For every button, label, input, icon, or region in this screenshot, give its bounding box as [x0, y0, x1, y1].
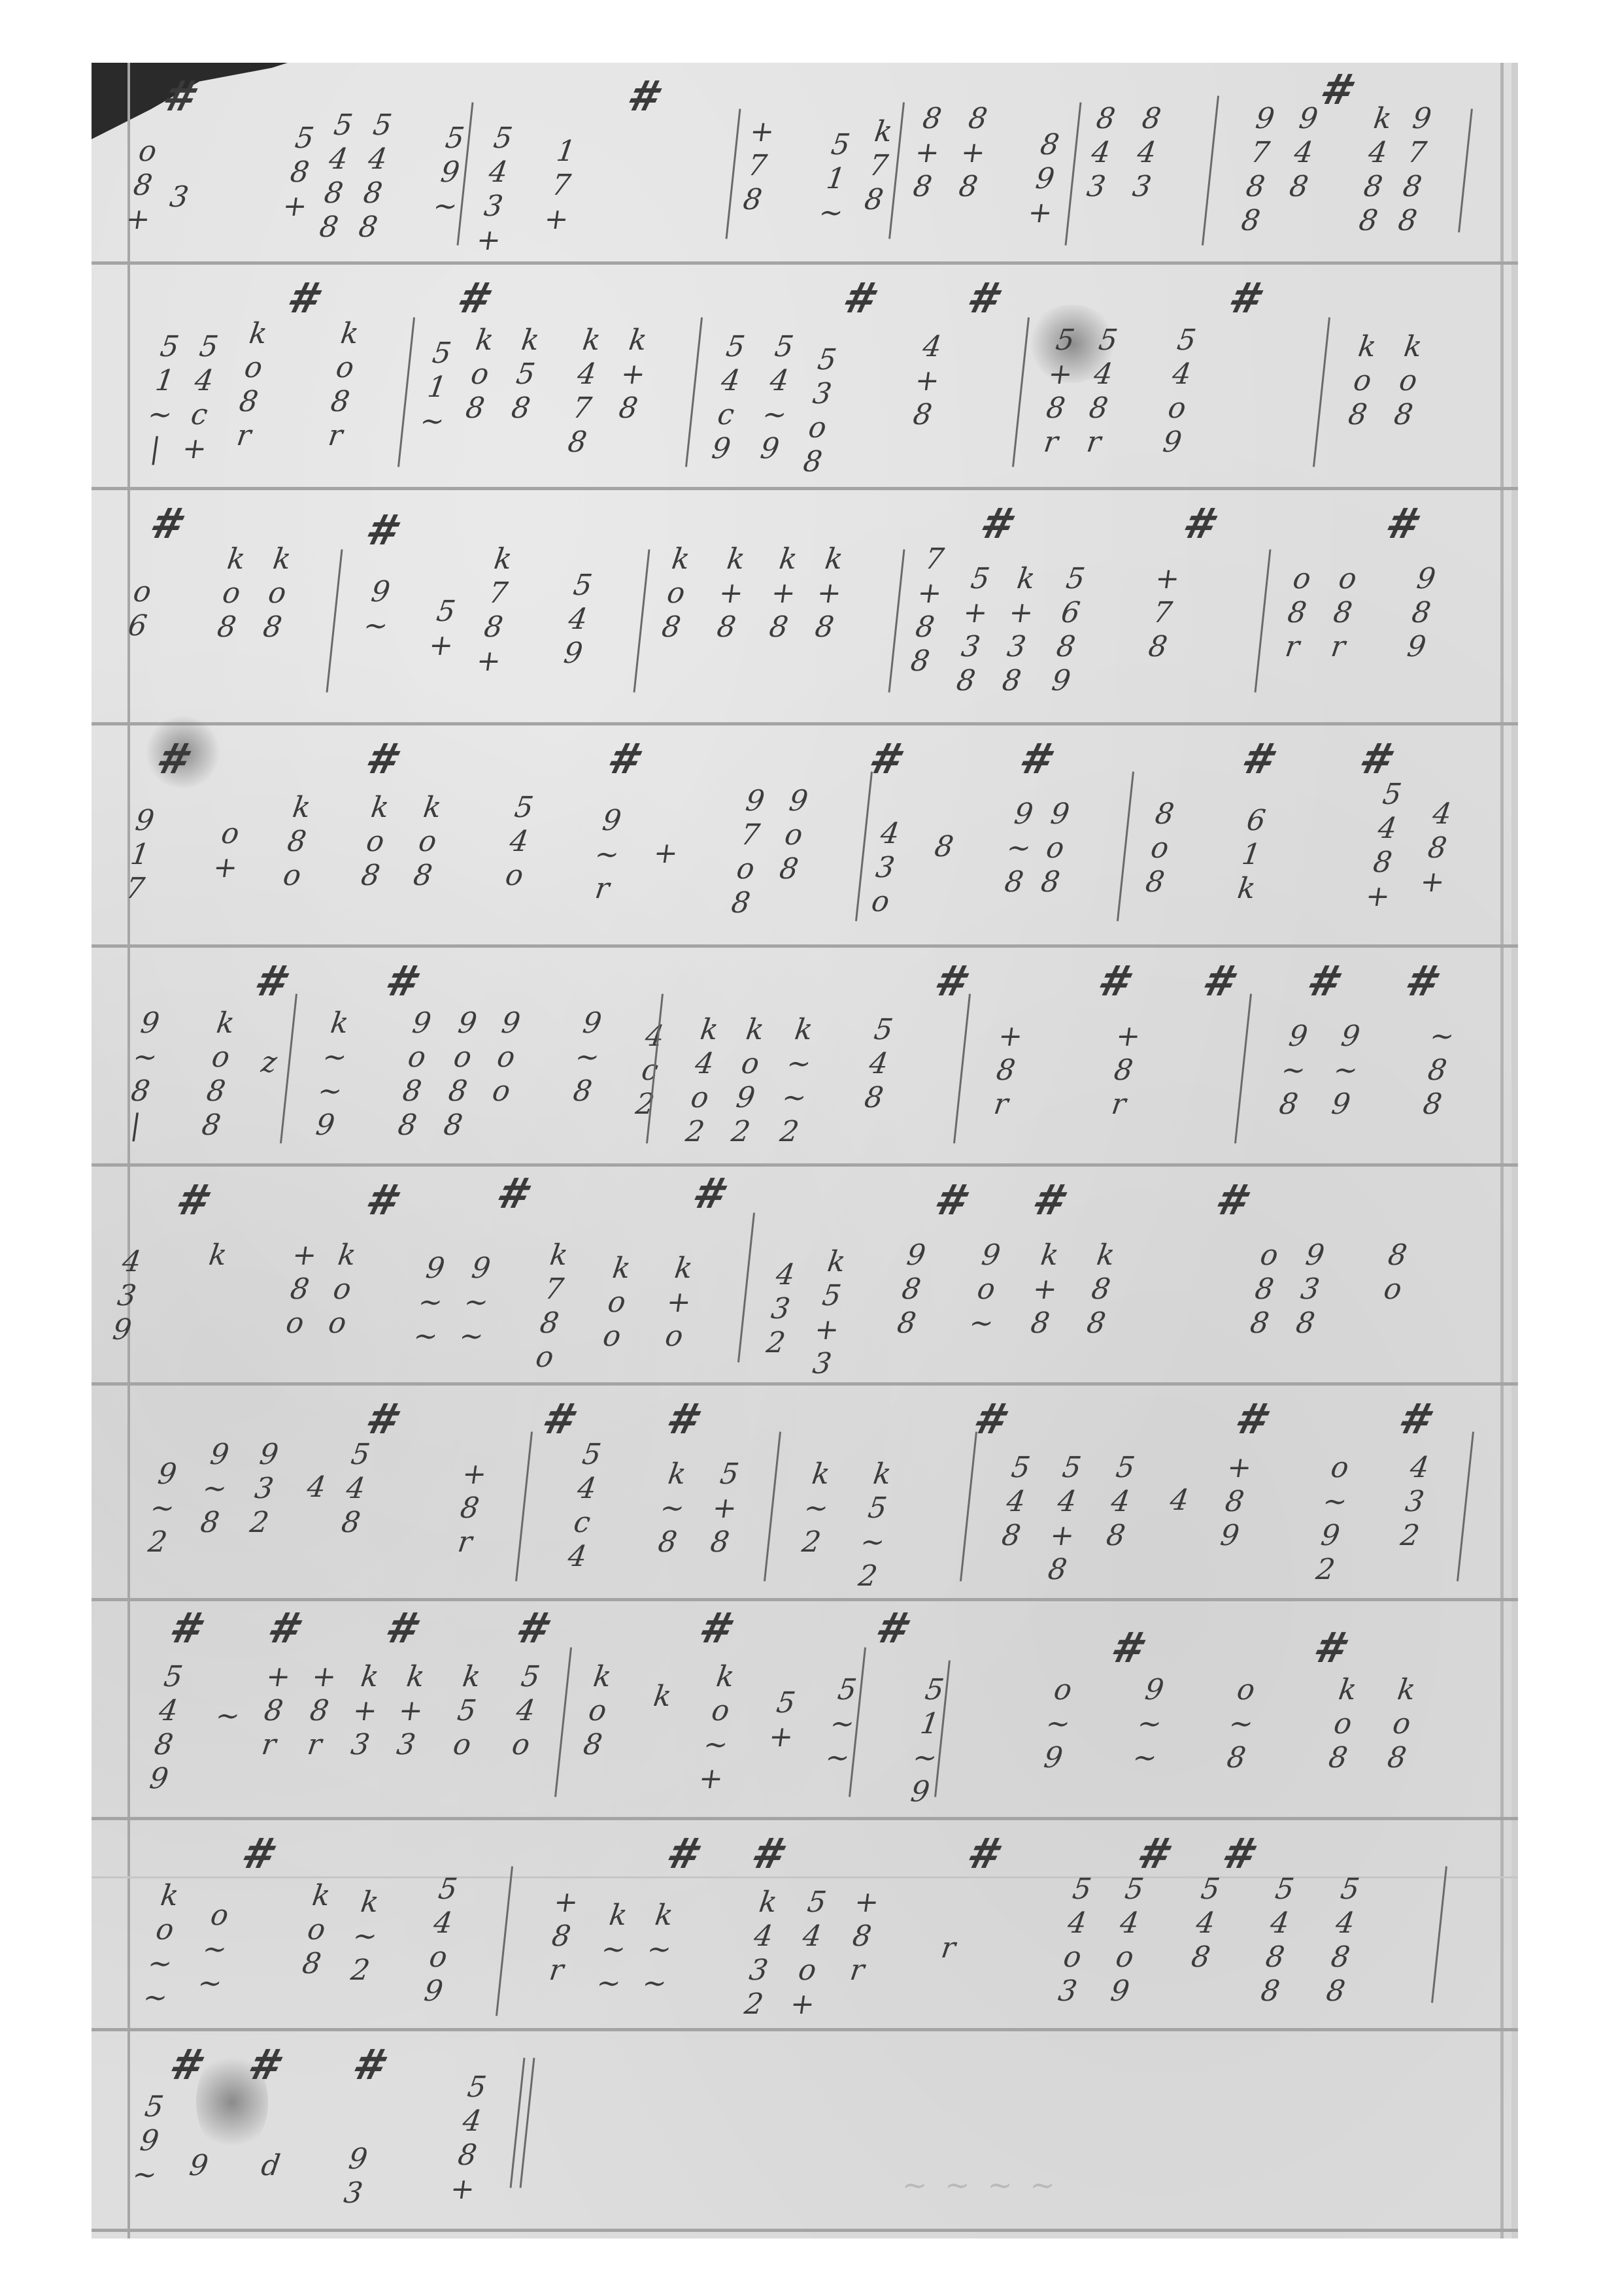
barline — [888, 549, 905, 692]
tab-column: k488 — [1357, 102, 1394, 238]
barline — [1065, 102, 1082, 245]
rhythm-flag: # — [362, 510, 393, 552]
rhythm-flag: # — [1198, 961, 1230, 1003]
tab-column: r — [939, 1931, 957, 1965]
barline — [633, 549, 650, 692]
tab-column: 5488 — [317, 108, 354, 244]
barline — [1458, 108, 1473, 232]
tab-column: k+3 — [346, 1660, 384, 1762]
tab-column: 5689 — [1049, 562, 1087, 698]
rhythm-flag: # — [1309, 1627, 1341, 1669]
tab-column: +8r — [542, 1886, 581, 1988]
tab-column: 9~8 — [195, 1438, 234, 1540]
tab-column: 8 — [932, 830, 955, 864]
tab-column: 61k — [1235, 804, 1268, 906]
tab-column: 93 — [342, 2142, 370, 2210]
tab-column: 4+8 — [908, 330, 947, 432]
tab-column: 54o — [509, 1660, 542, 1762]
tab-column: o8+ — [124, 135, 162, 237]
tab-column: k~~ — [640, 1899, 679, 2001]
rhythm-flag: # — [1224, 278, 1256, 320]
rhythm-flag: # — [963, 1833, 994, 1875]
tab-column: +8r — [300, 1660, 339, 1762]
tab-column: 97o8 — [729, 784, 766, 920]
tab-column: ko8 — [411, 791, 444, 893]
tab-column: 54c4 — [565, 1438, 603, 1574]
tab-column: k+8 — [810, 542, 849, 644]
rhythm-flag: # — [662, 1833, 694, 1875]
tab-column: 843 — [1130, 102, 1163, 204]
tab-column: 51~9 — [905, 1673, 949, 1809]
rhythm-flag: # — [152, 739, 184, 780]
rhythm-flag: # — [1401, 961, 1432, 1003]
rhythm-flag: # — [1107, 1627, 1138, 1669]
system-1: # # # o8+ 3 58+ 5488 5488 59~ 543+ 17+ +… — [92, 63, 1518, 261]
tab-column: + — [651, 837, 680, 871]
tab-column: k~~9 — [311, 1007, 354, 1142]
barline — [280, 993, 297, 1143]
tab-column: 5+38 — [951, 562, 994, 698]
tab-column: o~8 — [1222, 1673, 1260, 1775]
rhythm-flag: # — [237, 1833, 269, 1875]
system-5: # # # # # # # 9~8| ko88 z k~~9 9o88 9o88… — [92, 948, 1518, 1163]
rhythm-flag: # — [362, 1399, 393, 1440]
rhythm-flag: # — [1303, 961, 1334, 1003]
rhythm-flag: # — [362, 1180, 393, 1222]
tab-column: k432 — [742, 1886, 779, 2021]
tab-column: 9~ — [362, 575, 395, 643]
rhythm-flag: # — [695, 1608, 726, 1650]
barline — [397, 317, 415, 467]
tab-column: ko8r — [324, 317, 361, 453]
tab-column: ko8 — [1392, 330, 1425, 432]
tab-column: koo — [326, 1239, 358, 1340]
tab-column: 9~~ — [411, 1252, 450, 1354]
tab-column: k+38 — [997, 562, 1040, 698]
tab-column: 51~ — [418, 337, 456, 439]
tab-column: ko8 — [261, 542, 294, 644]
tab-column: k+8 — [614, 324, 652, 425]
barline — [855, 771, 873, 921]
system-7: # # # # # # 9~2 9~8 932 4 548 +8r 54c4 k… — [92, 1386, 1518, 1598]
tab-column: 932 — [248, 1438, 280, 1540]
tab-column: 54o9 — [1160, 324, 1198, 459]
barline — [1431, 1866, 1447, 2003]
rhythm-flag: # — [623, 76, 654, 118]
tab-column: k — [207, 1239, 229, 1273]
tab-column: k5~2 — [853, 1457, 896, 1593]
tab-column: k~~2 — [775, 1013, 818, 1149]
tab-column: 5+8r — [1036, 324, 1079, 459]
tab-column: ko8 — [300, 1879, 333, 1981]
tab-column: 432 — [1398, 1451, 1431, 1553]
rhythm-flag: # — [1211, 1180, 1243, 1222]
tab-column: +78 — [1143, 562, 1182, 664]
tab-column: k78 — [862, 115, 895, 217]
tab-column: 5488 — [1258, 1872, 1296, 2008]
tab-column: k+o — [660, 1252, 698, 1354]
tab-column: 89+ — [1026, 128, 1064, 230]
tab-column: 548 — [1104, 1451, 1137, 1553]
tab-column: o~92 — [1311, 1451, 1354, 1587]
tab-column: 59~ — [431, 122, 469, 224]
tab-column: ko88 — [199, 1007, 237, 1142]
rhythm-flag: # — [1028, 1180, 1060, 1222]
tab-column: o8r — [1326, 562, 1359, 664]
rhythm-flag: # — [688, 1173, 720, 1215]
tab-column: ko~+ — [696, 1660, 739, 1796]
tab-column: +8r — [1104, 1020, 1143, 1122]
tab-column: k78o — [533, 1239, 570, 1374]
tab-column: 548 — [339, 1438, 372, 1540]
tab-column: 548r — [1082, 324, 1119, 459]
rhythm-flag: # — [1133, 1833, 1164, 1875]
tab-column: 54o9 — [1108, 1872, 1145, 2008]
tab-column: koo — [601, 1252, 633, 1354]
barline — [1234, 993, 1252, 1143]
tab-column: 9~~ — [1130, 1673, 1169, 1775]
rhythm-flag: # — [930, 1180, 962, 1222]
rhythm-flag: # — [871, 1608, 903, 1650]
tab-column: k~~ — [594, 1899, 633, 2001]
tab-column: o88 — [1248, 1239, 1281, 1340]
barline — [953, 993, 971, 1143]
rhythm-flag: # — [1015, 739, 1047, 780]
tab-column: ko8 — [581, 1660, 614, 1762]
tab-column: 5+ — [427, 595, 460, 663]
rhythm-flag: # — [662, 1399, 694, 1440]
tab-column: 5488 — [1324, 1872, 1361, 2008]
tab-column: k8o — [280, 791, 313, 893]
tab-column: ko92 — [729, 1013, 766, 1149]
rhythm-flag: # — [1381, 503, 1413, 545]
manuscript-page: ~ ~ ~ ~ # # # o8+ 3 58+ 5488 5488 59~ 54… — [92, 63, 1518, 2238]
tab-column: 3 — [167, 180, 190, 214]
barline — [1202, 95, 1219, 245]
rhythm-flag: # — [381, 1608, 413, 1650]
system-10: # # # 59~ 9 d 93 548+ — [92, 2031, 1518, 2229]
tab-column: 4 — [1168, 1484, 1190, 1518]
barline — [1313, 317, 1330, 467]
rhythm-flag: # — [146, 503, 177, 545]
system-8: # # # # # # # # 5489 ~ +8r +8r k+3 k+3 k… — [92, 1601, 1518, 1817]
tab-column: +8r — [450, 1457, 489, 1559]
rhythm-flag: # — [165, 1608, 197, 1650]
tab-column: k88 — [1085, 1239, 1117, 1340]
barline — [1457, 1431, 1474, 1581]
rhythm-flag: # — [865, 739, 896, 780]
tab-column: 5488 — [356, 108, 394, 244]
tab-column: k~2 — [346, 1886, 384, 1988]
system-6: # # # # # # # 439 k +8o koo 9~~ 9~~ k78o… — [92, 1167, 1518, 1382]
barline — [737, 1212, 755, 1362]
system-2: # # # # # 51~| 54c+ ko8r ko8r 51~ ko8 k5… — [92, 265, 1518, 487]
tab-column: 54~9 — [755, 330, 798, 466]
rhythm-flag: # — [512, 1608, 543, 1650]
system-9: # # # # # # ko~~ o~~ ko8 k~2 54o9 +8r k~… — [92, 1820, 1518, 2028]
tab-column: 543+ — [474, 122, 517, 258]
rhythm-flag: # — [839, 278, 870, 320]
tab-column: 548+ — [1363, 778, 1406, 914]
tab-column: 989 — [1405, 562, 1438, 664]
tab-column: 917 — [124, 804, 156, 906]
rhythm-flag: # — [453, 278, 484, 320]
tab-column: 5+ — [767, 1686, 800, 1754]
tab-column: k+8 — [764, 542, 803, 644]
tab-column: ~88 — [1418, 1020, 1457, 1122]
tab-column: 9o8 — [777, 784, 810, 886]
rhythm-flag: # — [747, 1833, 779, 1875]
tab-column: k5o — [450, 1660, 483, 1762]
tab-column: ko8 — [215, 542, 248, 644]
tab-column: 9788 — [1239, 102, 1276, 238]
rhythm-flag: # — [930, 961, 962, 1003]
tab-column: z — [259, 1046, 278, 1080]
tab-column: 9~8 — [568, 1007, 607, 1108]
tab-column: 17+ — [542, 135, 581, 237]
tab-column: 59~ — [130, 2090, 169, 2192]
rhythm-flag: # — [362, 739, 393, 780]
rhythm-flag: # — [1218, 1833, 1249, 1875]
tab-column: 9o88 — [441, 1007, 479, 1142]
barline — [515, 1431, 533, 1581]
barline — [685, 317, 703, 467]
rhythm-flag: # — [172, 1180, 203, 1222]
rhythm-flag: # — [283, 278, 314, 320]
rhythm-flag: # — [1179, 503, 1210, 545]
tab-column: 9o~ — [967, 1239, 1005, 1340]
barline — [496, 1866, 513, 2016]
barline — [1255, 549, 1272, 692]
tab-column: 948 — [1287, 102, 1320, 204]
tab-column: 54o3 — [1056, 1872, 1093, 2008]
tab-column: 9~r — [588, 804, 626, 906]
tab-column: 54o+ — [788, 1886, 831, 2021]
rhythm-flag: # — [1316, 69, 1347, 111]
rhythm-flag: # — [603, 739, 635, 780]
tab-column: k — [651, 1680, 673, 1714]
rhythm-flag: # — [976, 503, 1007, 545]
tab-column: 432 — [764, 1258, 797, 1360]
tab-column: 8+8 — [954, 102, 992, 204]
tab-column: 548+ — [448, 2071, 491, 2206]
rhythm-flag: # — [348, 2044, 380, 2086]
tab-column: ko8 — [359, 791, 392, 893]
tab-column: k+8 — [712, 542, 751, 644]
tab-column: 48+ — [1418, 797, 1457, 899]
rhythm-flag: # — [263, 1608, 295, 1650]
tab-column: 54c+ — [180, 330, 223, 466]
tab-column: 9o88 — [396, 1007, 433, 1142]
rhythm-flag: # — [538, 1399, 569, 1440]
tab-column: ko~~ — [141, 1879, 184, 2015]
tab-column: 9oo — [490, 1007, 522, 1108]
barline — [554, 1647, 572, 1797]
tab-column: k~2 — [797, 1457, 835, 1559]
tab-column: 9~8 — [1000, 797, 1038, 899]
tab-column: k~8 — [653, 1457, 692, 1559]
tab-column: 51~| — [141, 330, 184, 466]
rhythm-flag: # — [492, 1173, 524, 1215]
tab-column: ko8 — [660, 542, 692, 644]
tab-column: 51~ — [817, 128, 855, 230]
tab-column: 54o — [503, 791, 535, 893]
tab-column: o8r — [1281, 562, 1313, 664]
barline — [326, 549, 343, 692]
barline — [1012, 317, 1030, 467]
tab-column: +89 — [1215, 1451, 1254, 1553]
tab-column: k+3 — [392, 1660, 430, 1762]
tab-column: k478 — [565, 324, 603, 459]
rhythm-flag: # — [963, 278, 994, 320]
rhythm-flag: # — [1355, 739, 1387, 780]
tab-column: +8r — [254, 1660, 293, 1762]
rhythm-flag: # — [1231, 1399, 1262, 1440]
rhythm-flag: # — [1394, 1399, 1426, 1440]
ruled-line — [92, 2229, 1518, 2232]
system-3: # # # # # o6 ko8 ko8 9~ 5+ k78+ 549 ko8 … — [92, 490, 1518, 722]
tab-column: 9~9 — [1326, 1020, 1365, 1122]
tab-column: +8r — [987, 1020, 1025, 1122]
tab-column: k58 — [509, 324, 542, 425]
tab-column: o6 — [126, 575, 154, 643]
tab-column: +8r — [843, 1886, 881, 1988]
tab-column: 8o8 — [1143, 797, 1176, 899]
tab-column: d — [259, 2149, 282, 2183]
tab-column: 8o — [1381, 1239, 1409, 1306]
tab-column: 9o8 — [1039, 797, 1071, 899]
tab-column: k78+ — [474, 542, 517, 678]
rhythm-flag: # — [970, 1399, 1001, 1440]
tab-column: 5489 — [147, 1660, 184, 1796]
tab-column: k+8 — [1026, 1239, 1064, 1340]
tab-column: 5+8 — [705, 1457, 744, 1559]
tab-column: 548 — [862, 1013, 895, 1115]
tab-column: o+ — [211, 817, 245, 885]
barline — [960, 1431, 977, 1581]
tab-column: 9788 — [1396, 102, 1433, 238]
tab-column: 54c9 — [709, 330, 747, 466]
tab-column: ko8 — [464, 324, 496, 425]
tab-column: ko8r — [232, 317, 269, 453]
rhythm-flag: # — [250, 961, 282, 1003]
tab-column: 9~8 — [1274, 1020, 1313, 1122]
rhythm-flag: # — [381, 961, 413, 1003]
tab-column: 938 — [1294, 1239, 1326, 1340]
barline — [1117, 771, 1134, 921]
tab-column: 843 — [1085, 102, 1117, 204]
rhythm-flag: # — [1094, 961, 1125, 1003]
tab-column: +78 — [738, 115, 777, 217]
tab-column: 548 — [1189, 1872, 1222, 1974]
tab-column: k5+3 — [807, 1245, 851, 1381]
tab-column: 4 — [305, 1471, 328, 1505]
tab-column: 54o9 — [422, 1872, 459, 2008]
tab-column: ko8 — [1326, 1673, 1359, 1775]
barline — [764, 1431, 781, 1581]
tab-column: k4o2 — [683, 1013, 720, 1149]
tab-column: 439 — [110, 1245, 143, 1347]
tab-column: 988 — [895, 1239, 928, 1340]
tab-column: 549 — [562, 569, 594, 671]
rhythm-flag: # — [244, 2044, 275, 2086]
tab-column: o~9 — [1039, 1673, 1077, 1775]
tab-column: 54+8 — [1043, 1451, 1086, 1587]
tab-column: +8o — [280, 1239, 319, 1340]
tab-column: ~ — [213, 1699, 242, 1733]
tab-column: o~~ — [195, 1899, 234, 2001]
tab-column: 58+ — [280, 122, 319, 224]
rhythm-flag: # — [159, 76, 190, 118]
tab-column: 9~8| — [121, 1007, 164, 1142]
tab-column: 43o — [869, 817, 902, 919]
rhythm-flag: # — [165, 2044, 197, 2086]
barline — [726, 108, 741, 239]
rhythm-flag: # — [1238, 739, 1269, 780]
tab-column: ko8 — [1346, 330, 1379, 432]
tab-column: 9~~ — [457, 1252, 496, 1354]
tab-column: ko8 — [1385, 1673, 1418, 1775]
tab-column: 7+88 — [905, 542, 949, 678]
tab-column: 9 — [187, 2149, 210, 2183]
tab-column: 548 — [1000, 1451, 1032, 1553]
tab-column: 53o8 — [801, 343, 838, 479]
tab-column: 8+8 — [908, 102, 947, 204]
system-4: # # # # # # # 917 o+ k8o ko8 ko8 54o 9~r… — [92, 725, 1518, 944]
tab-column: 9~2 — [143, 1457, 182, 1559]
